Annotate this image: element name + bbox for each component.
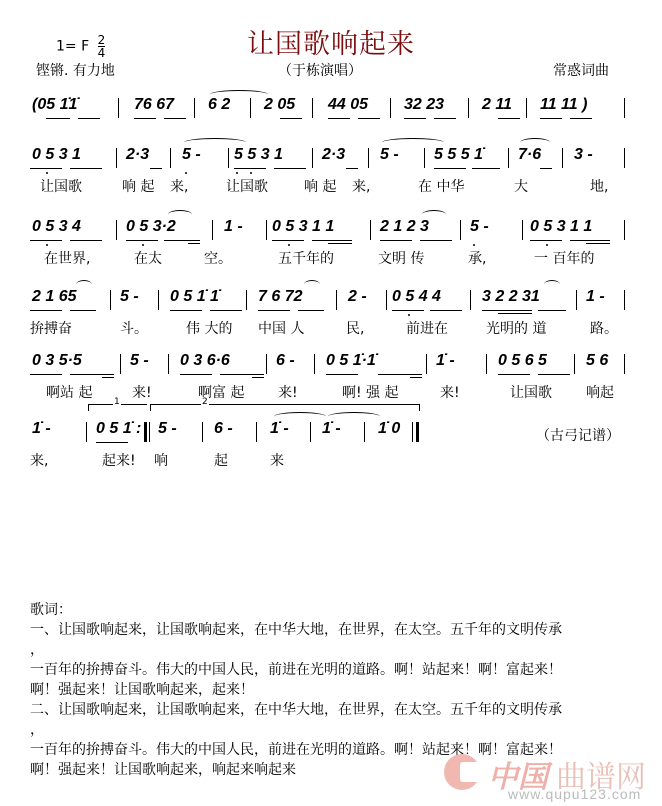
barline [168,354,169,374]
measure: 1̇ - [436,352,455,370]
measure: 1̇ - [270,420,289,438]
second-ending-bracket: 2 [150,404,420,411]
lyric: 路。 [590,318,618,338]
measure: 3 2 2 31 [482,288,540,306]
lyric: 大 [514,176,528,196]
measure: 6 - [276,352,295,370]
lyric: 斗。 [120,318,148,338]
lyric: 啊站 起 [46,382,92,402]
barline [266,220,267,240]
underline [380,240,412,241]
measure: 0 3 6·6 [180,352,230,370]
underline [170,310,202,311]
barline [364,422,365,442]
underline [70,240,102,241]
underline [378,374,422,375]
measure: 2 1 2 3 [380,218,429,236]
barline [246,290,247,310]
lyric: 让国歌 [40,176,82,196]
low-octave-dot [46,172,48,174]
measure: 2 11 [482,96,512,114]
time-signature-bottom: 4 [98,47,106,59]
watermark-url: www.qupu123.com [508,786,641,802]
underline [274,168,306,169]
barline [86,422,87,442]
underline [70,374,114,375]
lyric: 光明的 道 [486,318,546,338]
slur [168,210,192,219]
underline [538,374,570,375]
underline [272,240,304,241]
underline [410,377,422,378]
first-ending-bracket: 1 [88,404,147,411]
lyric: 起 [214,450,228,470]
lyric: 啊! 强 起 [342,382,399,402]
underline [46,118,70,119]
barline [574,354,575,374]
underline [538,310,566,311]
singer-credit: （于栋演唱） [278,60,362,80]
underline [482,310,532,311]
lyric: 一 百年的 [534,248,594,268]
barline [202,422,203,442]
repeat-end-barline [149,422,150,442]
lyrics-line: ， [30,640,640,660]
underline [586,243,610,244]
measure: 44 05 [328,96,368,114]
barline [116,148,117,168]
underline [78,118,100,119]
measure: 0 3 5·5 [32,352,82,370]
lyric: 让国歌 [226,176,268,196]
lyric: 来 [270,450,284,470]
barline [194,98,195,118]
underline [150,168,162,169]
lyric: 前进在 [406,318,448,338]
underline [392,310,424,311]
measure: 1̇ - [322,420,341,438]
underline [430,310,462,311]
barline [486,354,487,374]
lyric: 在太 [134,248,162,268]
lyric: 来! [440,382,460,402]
barline [370,220,371,240]
watermark-logo-icon [444,754,480,790]
measure: 1̇ - [32,420,51,438]
measure: 1 - [224,218,243,236]
barline [118,98,119,118]
underline [188,243,200,244]
underline [498,118,520,119]
lyric: 文明 传 [378,248,424,268]
underline [312,240,352,241]
measure: 2 - [348,288,367,306]
underline [570,240,610,241]
slur [76,280,92,289]
underline [164,240,200,241]
barline [170,148,171,168]
barline [256,422,257,442]
first-ending-number: 1 [113,397,121,407]
barline [526,98,527,118]
lyric: 空。 [204,248,232,268]
barline [508,148,509,168]
tie [328,412,380,421]
barline [624,98,625,118]
barline [470,290,471,310]
underline [126,240,158,241]
watermark: 中国 曲谱网 www.qupu123.com [438,752,660,804]
measure: 5 - [182,146,201,164]
measure: 0 5 6 5 [498,352,547,370]
barline [424,148,425,168]
lyric: 在世界, [44,248,90,268]
barline [250,98,251,118]
underline [328,243,352,244]
lyrics-line: 一、让国歌响起来，让国歌响起来，在中华大地，在世界，在太空。五千年的文明传承 [30,620,640,640]
underline [434,118,456,119]
measure: 0 5 3 4 [32,218,81,236]
barline [312,98,313,118]
repeat-end-barline [144,422,147,442]
underline [570,118,592,119]
barline [390,98,391,118]
measure: 0 5 4 4 [392,288,441,306]
measure: 5 - [130,352,149,370]
lyrics-line: ， [30,720,640,740]
measure: 2·3 [126,146,149,164]
barline [624,290,625,310]
final-barline [416,422,419,442]
barline [624,220,625,240]
barline [228,148,229,168]
low-octave-dot [546,244,548,246]
barline [158,290,159,310]
barline [110,290,111,310]
underline [96,442,128,443]
measure: 0 5 1̇·1̇ [326,352,376,370]
barline [624,354,625,374]
lyric: 响 起 [122,176,154,196]
measure: 11 11 ) [540,96,587,114]
measure: 5 - [120,288,139,306]
barline [336,290,337,310]
measure: 5 - [380,146,399,164]
tie [210,90,268,99]
barline [212,220,213,240]
time-signature: 2 4 [98,34,106,59]
notation-source: （古弓记谱） [536,425,620,445]
lyric: 响 起 [304,176,336,196]
final-barline [412,422,413,442]
underline [280,118,302,119]
underline [328,118,350,119]
measure: 2·3 [322,146,345,164]
low-octave-dot [185,172,187,174]
measure: 5 - [470,218,489,236]
measure: 0 5 3 1 1 [530,218,592,236]
measure: 7·6 [518,146,541,164]
slur [422,210,446,219]
lyric: 地, [590,176,608,196]
underline [30,374,62,375]
barline [116,220,117,240]
underline [472,168,500,169]
key-signature: 1= F 2 4 [56,34,105,59]
low-octave-dot [473,244,475,246]
measure: 2 1 65 [32,288,76,306]
slur [544,280,560,289]
lyric: 拚搏奋 [30,318,72,338]
lyric: 伟 大的 [186,318,232,338]
underline [234,168,266,169]
low-octave-dot [408,314,410,316]
low-octave-dot [250,172,252,174]
composer-credit: 常惑词曲 [553,60,609,80]
lyrics-heading: 歌词： [30,600,640,620]
measure: 76 67 [134,96,174,114]
measure: 5 6 [586,352,608,370]
lyrics-line: 一百年的拚搏奋斗。伟大的中国人民，前进在光明的道路。啊！站起来！啊！富起来！ [30,660,640,680]
underline [434,168,466,169]
barline [368,148,369,168]
lyric: 承, [468,248,486,268]
barline [576,290,577,310]
key-label: 1= F [56,39,89,55]
underline [134,118,156,119]
barline [624,148,625,168]
measure: 6 - [214,420,233,438]
underline [180,374,212,375]
measure: 7 6 72 [258,288,302,306]
barline [522,220,523,240]
lyrics-line: 二、让国歌响起来，让国歌响起来，在中华大地，在世界，在太空。五千年的文明传承 [30,700,640,720]
underline [210,310,242,311]
underline [530,240,562,241]
barline [266,354,267,374]
underline [404,118,426,119]
tie [184,138,246,147]
lyric: 来, [30,450,48,470]
lyric: 让国歌 [510,382,552,402]
tie [274,412,326,421]
low-octave-dot [288,244,290,246]
measure: (05 1̇1̇ [32,96,77,114]
tempo-marking: 铿锵. 有力地 [36,60,115,80]
lyric: 来! [278,382,298,402]
measure: 5 5 5 1̇ [434,146,483,164]
measure: 32 23 [404,96,444,114]
measure: 0 5 1̇ : [96,420,141,438]
underline [358,118,380,119]
measure: 5 - [158,420,177,438]
second-ending-number: 2 [201,397,209,407]
tie [382,138,444,147]
lyric: 来, [352,176,370,196]
barline [312,148,313,168]
barline [386,290,387,310]
lyrics-line: 啊！强起来！让国歌响起来，起来！ [30,680,640,700]
underline [498,374,530,375]
measure: 2 05 [264,96,295,114]
lyric: 起来! [102,450,136,470]
underline [30,240,62,241]
underline [540,118,562,119]
lyric: 来, [170,176,188,196]
underline [346,168,358,169]
lyric: 响起 [586,382,614,402]
measure: 1 - [586,288,605,306]
lyric: 来! [132,382,152,402]
measure: 0 5 3 1 [32,146,81,164]
underline [498,313,532,314]
measure: 5 5 3 1 [234,146,283,164]
underline [164,118,186,119]
underline [420,240,452,241]
measure: 0 5 3·2 [126,218,176,236]
underline [30,168,62,169]
lyric: 中国 人 [258,318,304,338]
low-octave-dot [46,244,48,246]
lyric: 民, [346,318,364,338]
low-octave-dot [142,244,144,246]
lyric: 在 中华 [418,176,464,196]
barline [426,354,427,374]
underline [326,374,358,375]
measure: 3 - [574,146,593,164]
underline [220,374,264,375]
underline [258,310,290,311]
measure: 0 5 3 1 1 [272,218,334,236]
underline [298,310,324,311]
low-octave-dot [236,172,238,174]
underline [102,377,114,378]
barline [562,148,563,168]
measure: 0 5 1̇ 1̇ [170,288,219,306]
underline [252,377,264,378]
measure: 1̇ 0 [378,420,400,438]
lyric: 响 [154,450,168,470]
slur [520,138,550,147]
underline [30,310,62,311]
barline [310,422,311,442]
lyric: 五千年的 [278,248,334,268]
underline [70,310,96,311]
underline [540,168,552,169]
barline [314,354,315,374]
slur [304,280,320,289]
underline [70,168,102,169]
barline [460,220,461,240]
barline [468,98,469,118]
barline [120,354,121,374]
